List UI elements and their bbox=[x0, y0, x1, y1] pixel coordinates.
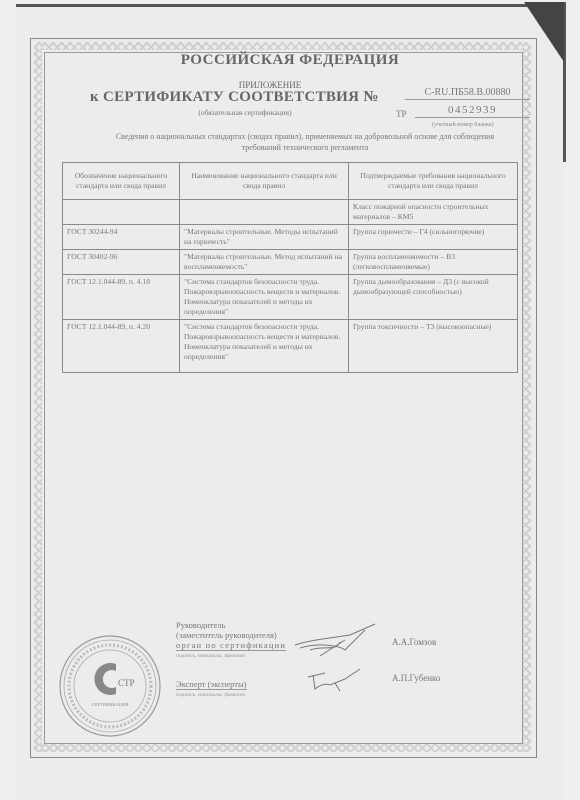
form-number: 0452939 bbox=[415, 104, 530, 118]
cell-requirement: Класс пожарной опасности строительных ма… bbox=[349, 200, 518, 225]
cell-requirement: Группа горючести – Г4 (сильногорючие) bbox=[349, 225, 518, 250]
head-label-line1: Руководитель bbox=[176, 620, 286, 630]
header-designation: Обозначение национального стандарта или … bbox=[63, 163, 180, 200]
table-row: ГОСТ 30402-96 "Материалы строительные. М… bbox=[63, 250, 518, 275]
expert-signature bbox=[305, 665, 365, 695]
certificate-number: C-RU.ПБ58.В.00880 bbox=[405, 87, 530, 100]
certification-seal: CTP СЕРТИФИКАЦИЯ bbox=[58, 634, 162, 738]
cell-designation: ГОСТ 12.1.044-89, п. 4.18 bbox=[63, 275, 180, 320]
expert-label: Эксперт (эксперты) bbox=[176, 679, 247, 690]
header-requirements: Подтверждаемые требования национального … bbox=[349, 163, 518, 200]
seal-center-text: CTP bbox=[118, 678, 135, 688]
info-text: Сведения о национальных стандартах (свод… bbox=[105, 131, 505, 153]
cell-designation: ГОСТ 30402-96 bbox=[63, 250, 180, 275]
number-sign: № bbox=[363, 89, 378, 105]
cell-designation: ГОСТ 12.1.044-89, п. 4.20 bbox=[63, 320, 180, 373]
table-header-row: Обозначение национального стандарта или … bbox=[63, 163, 518, 200]
cell-requirement: Группа воспламеняемости – В3 (легковоспл… bbox=[349, 250, 518, 275]
form-number-caption: (учетный номер бланка) bbox=[432, 122, 494, 128]
cell-name: "Система стандартов безопасности труда. … bbox=[180, 320, 349, 373]
tr-label: ТР bbox=[396, 109, 407, 119]
head-label-line3: орган по сертификации bbox=[176, 640, 286, 651]
seal-lower-text: СЕРТИФИКАЦИЯ bbox=[92, 702, 129, 707]
table-row: Класс пожарной опасности строительных ма… bbox=[63, 200, 518, 225]
standards-table: Обозначение национального стандарта или … bbox=[62, 162, 518, 373]
cell-requirement: Группа дымообразования – Д3 (с высокой д… bbox=[349, 275, 518, 320]
cell-name: "Материалы строительные. Методы испытани… bbox=[180, 225, 349, 250]
certificate-title: к СЕРТИФИКАТУ СООТВЕТСТВИЯ № bbox=[90, 89, 379, 106]
head-signature bbox=[290, 620, 380, 660]
cell-designation bbox=[63, 200, 180, 225]
head-name: А.А.Гомзов bbox=[392, 637, 436, 647]
cell-requirement: Группа токсичности – Т3 (высокоопасные) bbox=[349, 320, 518, 373]
head-label: Руководитель (заместитель руководителя) … bbox=[176, 620, 286, 651]
table-row: ГОСТ 12.1.044-89, п. 4.20 "Система станд… bbox=[63, 320, 518, 373]
country-title: РОССИЙСКАЯ ФЕДЕРАЦИЯ bbox=[0, 52, 580, 69]
table-row: ГОСТ 12.1.044-89, п. 4.18 "Система станд… bbox=[63, 275, 518, 320]
certificate-title-text: к СЕРТИФИКАТУ СООТВЕТСТВИЯ bbox=[90, 89, 359, 105]
expert-name: А.П.Губенко bbox=[392, 673, 440, 683]
expert-caption: подпись, инициалы, фамилия bbox=[176, 692, 245, 698]
table-row: ГОСТ 30244-94 "Материалы строительные. М… bbox=[63, 225, 518, 250]
head-label-line2: (заместитель руководителя) bbox=[176, 630, 286, 640]
header-name: Наименование национального стандарта или… bbox=[180, 163, 349, 200]
cell-name: "Материалы строительные. Метод испытаний… bbox=[180, 250, 349, 275]
cell-name: "Система стандартов безопасности труда. … bbox=[180, 275, 349, 320]
certification-type: (обязательная сертификация) bbox=[160, 108, 330, 117]
cell-name bbox=[180, 200, 349, 225]
cell-designation: ГОСТ 30244-94 bbox=[63, 225, 180, 250]
head-caption: подпись, инициалы, фамилия bbox=[176, 653, 245, 659]
